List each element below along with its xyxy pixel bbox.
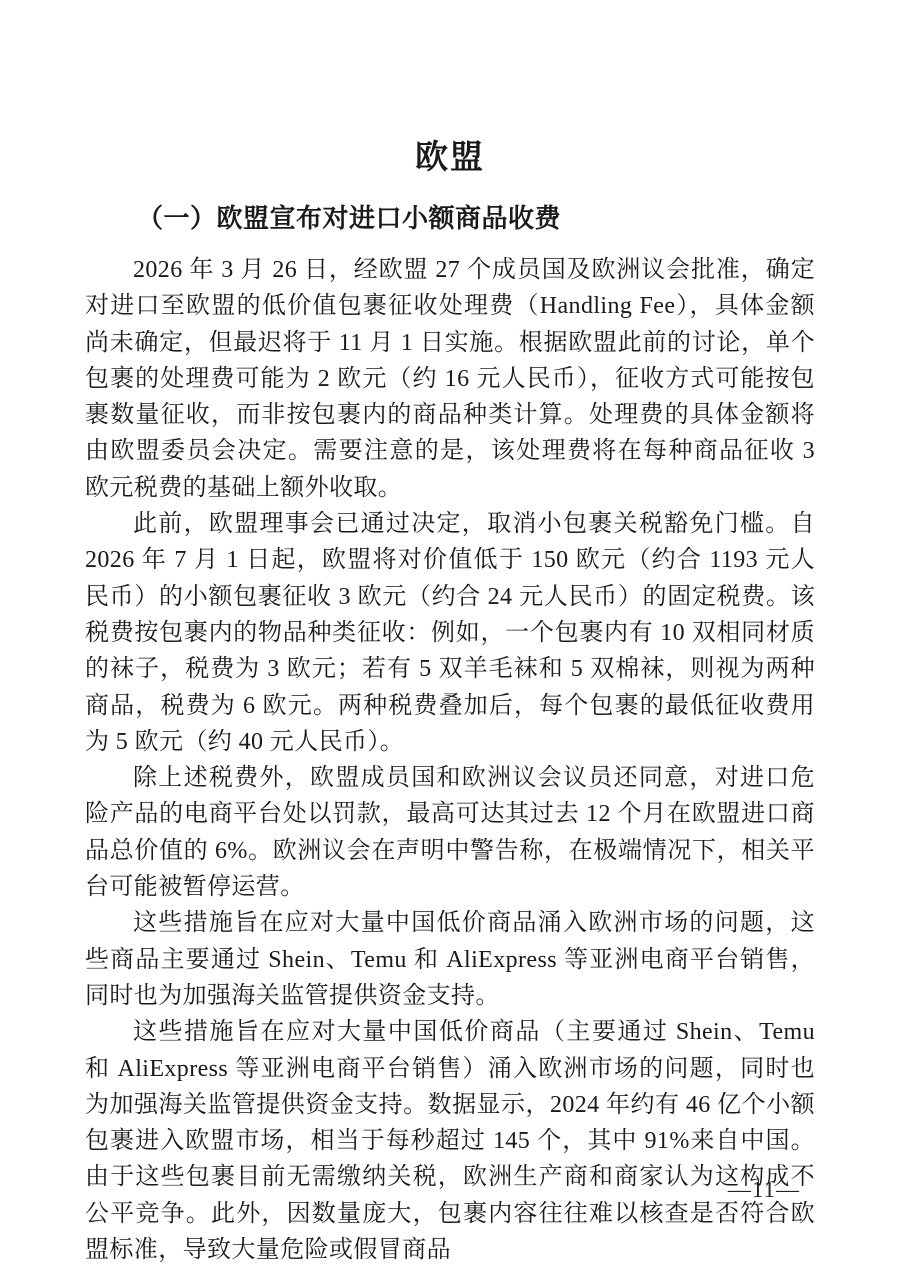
paragraph-3: 除上述税费外，欧盟成员国和欧洲议会议员还同意，对进口危险产品的电商平台处以罚款，… [85, 760, 815, 905]
paragraph-5: 这些措施旨在应对大量中国低价商品（主要通过 Shein、Temu 和 AliEx… [85, 1014, 815, 1268]
paragraph-2: 此前，欧盟理事会已通过决定，取消小包裹关税豁免门槛。自 2026 年 7 月 1… [85, 506, 815, 760]
section-heading: （一）欧盟宣布对进口小额商品收费 [85, 202, 815, 236]
paragraph-1: 2026 年 3 月 26 日，经欧盟 27 个成员国及欧洲议会批准，确定对进口… [85, 252, 815, 506]
paragraph-4: 这些措施旨在应对大量中国低价商品涌入欧洲市场的问题，这些商品主要通过 Shein… [85, 905, 815, 1014]
document-title: 欧盟 [85, 138, 815, 178]
document-page: 欧盟 （一）欧盟宣布对进口小额商品收费 2026 年 3 月 26 日，经欧盟 … [0, 0, 900, 1272]
page-number: —11— [728, 1176, 800, 1204]
document-content: 欧盟 （一）欧盟宣布对进口小额商品收费 2026 年 3 月 26 日，经欧盟 … [85, 0, 815, 1268]
document-body: 2026 年 3 月 26 日，经欧盟 27 个成员国及欧洲议会批准，确定对进口… [85, 252, 815, 1268]
